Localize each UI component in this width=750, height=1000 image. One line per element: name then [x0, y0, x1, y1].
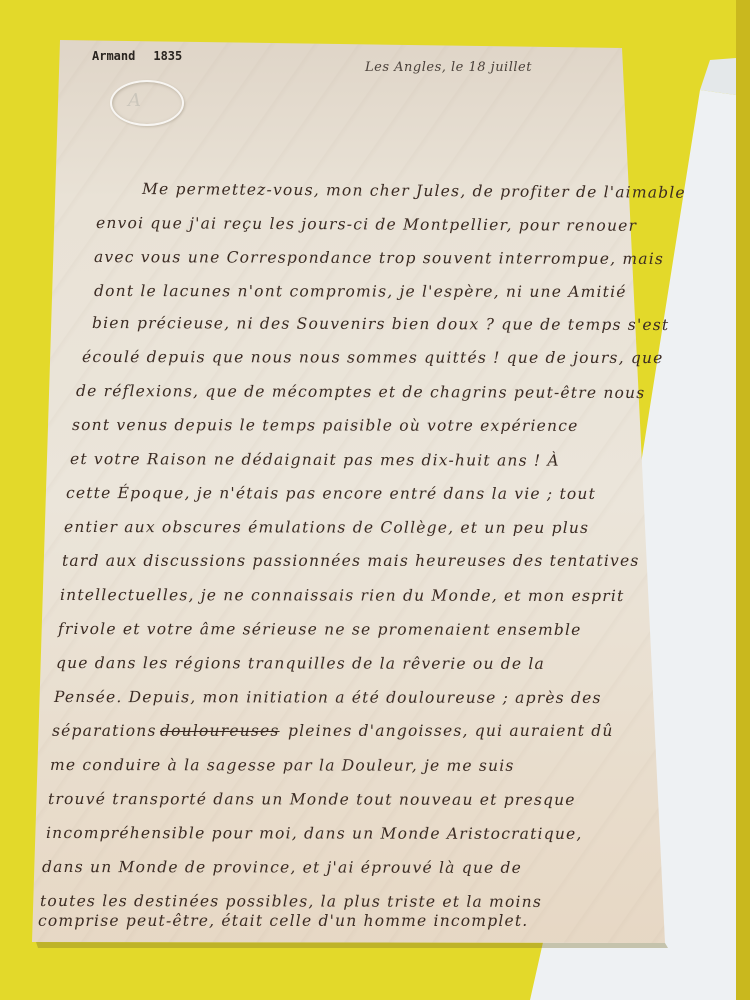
letter-line: bien précieuse, ni des Souvenirs bien do…	[92, 314, 669, 334]
letter-line-struck: douloureuses	[160, 722, 280, 740]
embossed-seal-icon: A	[110, 80, 184, 126]
letter-line: intellectuelles, je ne connaissais rien …	[60, 586, 625, 605]
letter-line: sont venus depuis le temps paisible où v…	[72, 416, 578, 435]
letter-dateline: Les Angles, le 18 juillet	[365, 60, 532, 75]
letter-line: et votre Raison ne dédaignait pas mes di…	[70, 450, 560, 470]
letter-line: Pensée. Depuis, mon initiation a été dou…	[54, 688, 602, 707]
letter-line: comprise peut-être, était celle d'un hom…	[38, 912, 528, 930]
letter-line: séparations	[52, 722, 157, 740]
letter-line: pleines d'angoisses, qui auraient dû	[288, 722, 614, 740]
letter-line: que dans les régions tranquilles de la r…	[56, 654, 545, 673]
letter-line: entier aux obscures émulations de Collèg…	[64, 518, 589, 537]
letter-line: de réflexions, que de mécomptes et de ch…	[76, 382, 645, 402]
letter-line: tard aux discussions passionnées mais he…	[62, 552, 640, 570]
background-edge	[736, 0, 750, 1000]
letter-line: dont le lacunes n'ont compromis, je l'es…	[94, 282, 627, 301]
letter-line: avec vous une Correspondance trop souven…	[94, 248, 664, 268]
letter-line: incompréhensible pour moi, dans un Monde…	[46, 824, 583, 843]
letter-line: toutes les destinées possibles, la plus …	[40, 892, 542, 911]
archive-year: 1835	[153, 49, 182, 63]
letter-line: Me permettez-vous, mon cher Jules, de pr…	[142, 180, 686, 202]
letter-line: cette Époque, je n'étais pas encore entr…	[66, 484, 596, 503]
seal-monogram: A	[128, 90, 141, 111]
archive-note: Armand1835	[92, 49, 182, 63]
letter-line: trouvé transporté dans un Monde tout nou…	[48, 790, 576, 809]
letter-line: dans un Monde de province, et j'ai éprou…	[42, 858, 522, 877]
archive-name: Armand	[92, 49, 135, 63]
letter-line: me conduire à la sagesse par la Douleur,…	[50, 756, 515, 775]
letter-line: frivole et votre âme sérieuse ne se prom…	[58, 620, 582, 639]
letter-line: écoulé depuis que nous nous sommes quitt…	[82, 348, 664, 367]
letter-line: envoi que j'ai reçu les jours-ci de Mont…	[96, 214, 637, 235]
